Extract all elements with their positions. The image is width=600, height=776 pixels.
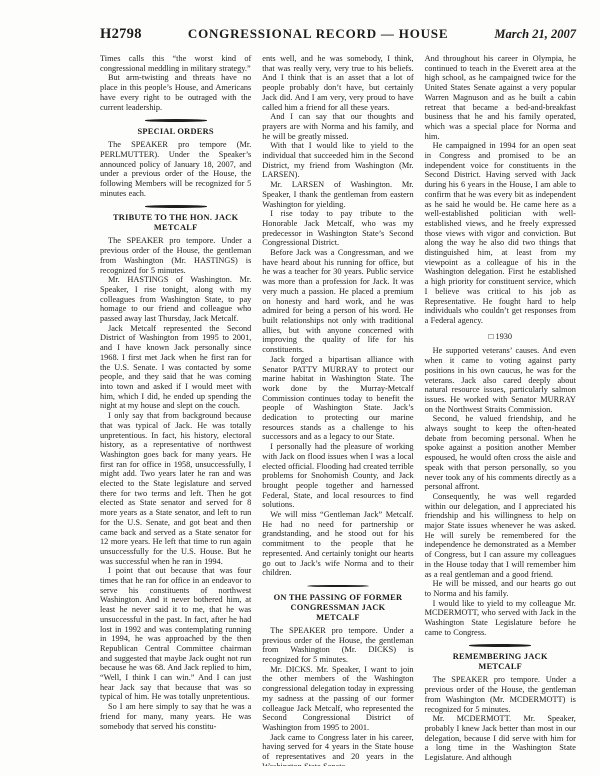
paragraph: Jack forged a bipartisan alliance with S… [262, 355, 413, 442]
paragraph: I only say that from background because … [100, 411, 251, 566]
publication-title: CONGRESSIONAL RECORD — HOUSE [142, 26, 495, 42]
swelled-rule [145, 205, 207, 208]
section-divider-rule [425, 643, 576, 647]
paragraph: So I am here simply to say that he was a… [100, 702, 251, 731]
paragraph: He campaigned in 1994 for an open seat i… [425, 141, 576, 325]
paragraph: Mr. LARSEN of Washington. Mr. Speaker, I… [262, 180, 413, 209]
paragraph: But arm-twisting and threats have no pla… [100, 73, 251, 112]
paragraph: Times calls this “the worst kind of cong… [100, 54, 251, 73]
paragraph: The SPEAKER pro tempore. Under a previou… [262, 626, 413, 665]
swelled-rule [307, 585, 369, 588]
paragraph: Mr. DICKS. Mr. Speaker, I want to join t… [262, 665, 413, 733]
section-heading: ON THE PASSING OF FORMER CONGRESSMAN JAC… [268, 593, 407, 623]
column-2: ents well, and he was somebody, I think,… [262, 54, 413, 766]
column-1: Times calls this “the worst kind of cong… [100, 54, 251, 766]
paragraph: And I can say that our thoughts and pray… [262, 112, 413, 141]
paragraph: The SPEAKER pro tempore. Under a previou… [425, 675, 576, 714]
paragraph: The SPEAKER pro tempore (Mr. PERLMUTTER)… [100, 140, 251, 198]
paragraph: Second, he valued friendship, and he alw… [425, 414, 576, 492]
paragraph: I would like to yield to my colleague Mr… [425, 599, 576, 638]
columns: Times calls this “the worst kind of cong… [100, 54, 576, 766]
section-heading: TRIBUTE TO THE HON. JACK METCALF [106, 213, 245, 233]
paragraph: Mr. HASTINGS of Washington. Mr. Speaker,… [100, 275, 251, 324]
paragraph: We will miss “Gentleman Jack” Metcalf. H… [262, 510, 413, 578]
time-marker: □ 1930 [425, 332, 576, 342]
section-heading: SPECIAL ORDERS [106, 127, 245, 137]
paragraph: Before Jack was a Congressman, and we ha… [262, 248, 413, 355]
paragraph: Jack Metcalf represented the Second Dist… [100, 324, 251, 411]
section-divider-rule [100, 204, 251, 208]
paragraph: The SPEAKER pro tempore. Under a previou… [100, 236, 251, 275]
paragraph: He supported veterans’ causes. And even … [425, 346, 576, 414]
paragraph: ents well, and he was somebody, I think,… [262, 54, 413, 112]
page-number: H2798 [100, 26, 142, 43]
section-divider-rule [262, 584, 413, 588]
section-divider-rule [100, 118, 251, 122]
page-header: H2798 CONGRESSIONAL RECORD — HOUSE March… [100, 26, 576, 43]
paragraph: And throughout his career in Olympia, he… [425, 54, 576, 141]
congressional-record-page: H2798 CONGRESSIONAL RECORD — HOUSE March… [0, 0, 600, 776]
paragraph: I personally had the pleasure of working… [262, 442, 413, 510]
issue-date: March 21, 2007 [494, 27, 576, 42]
paragraph: With that I would like to yield to the i… [262, 141, 413, 180]
swelled-rule [469, 644, 531, 647]
section-heading: REMEMBERING JACK METCALF [431, 652, 570, 672]
paragraph: He will be missed, and our hearts go out… [425, 579, 576, 598]
paragraph: I point that out because that was four t… [100, 566, 251, 702]
paragraph: I rise today to pay tribute to the Honor… [262, 209, 413, 248]
paragraph: Mr. MCDERMOTT. Mr. Speaker, probably I k… [425, 714, 576, 763]
paragraph: Jack came to Congress later in his caree… [262, 733, 413, 766]
column-3: And throughout his career in Olympia, he… [425, 54, 576, 766]
paragraph: Consequently, he was well regarded withi… [425, 492, 576, 579]
swelled-rule [145, 119, 207, 122]
